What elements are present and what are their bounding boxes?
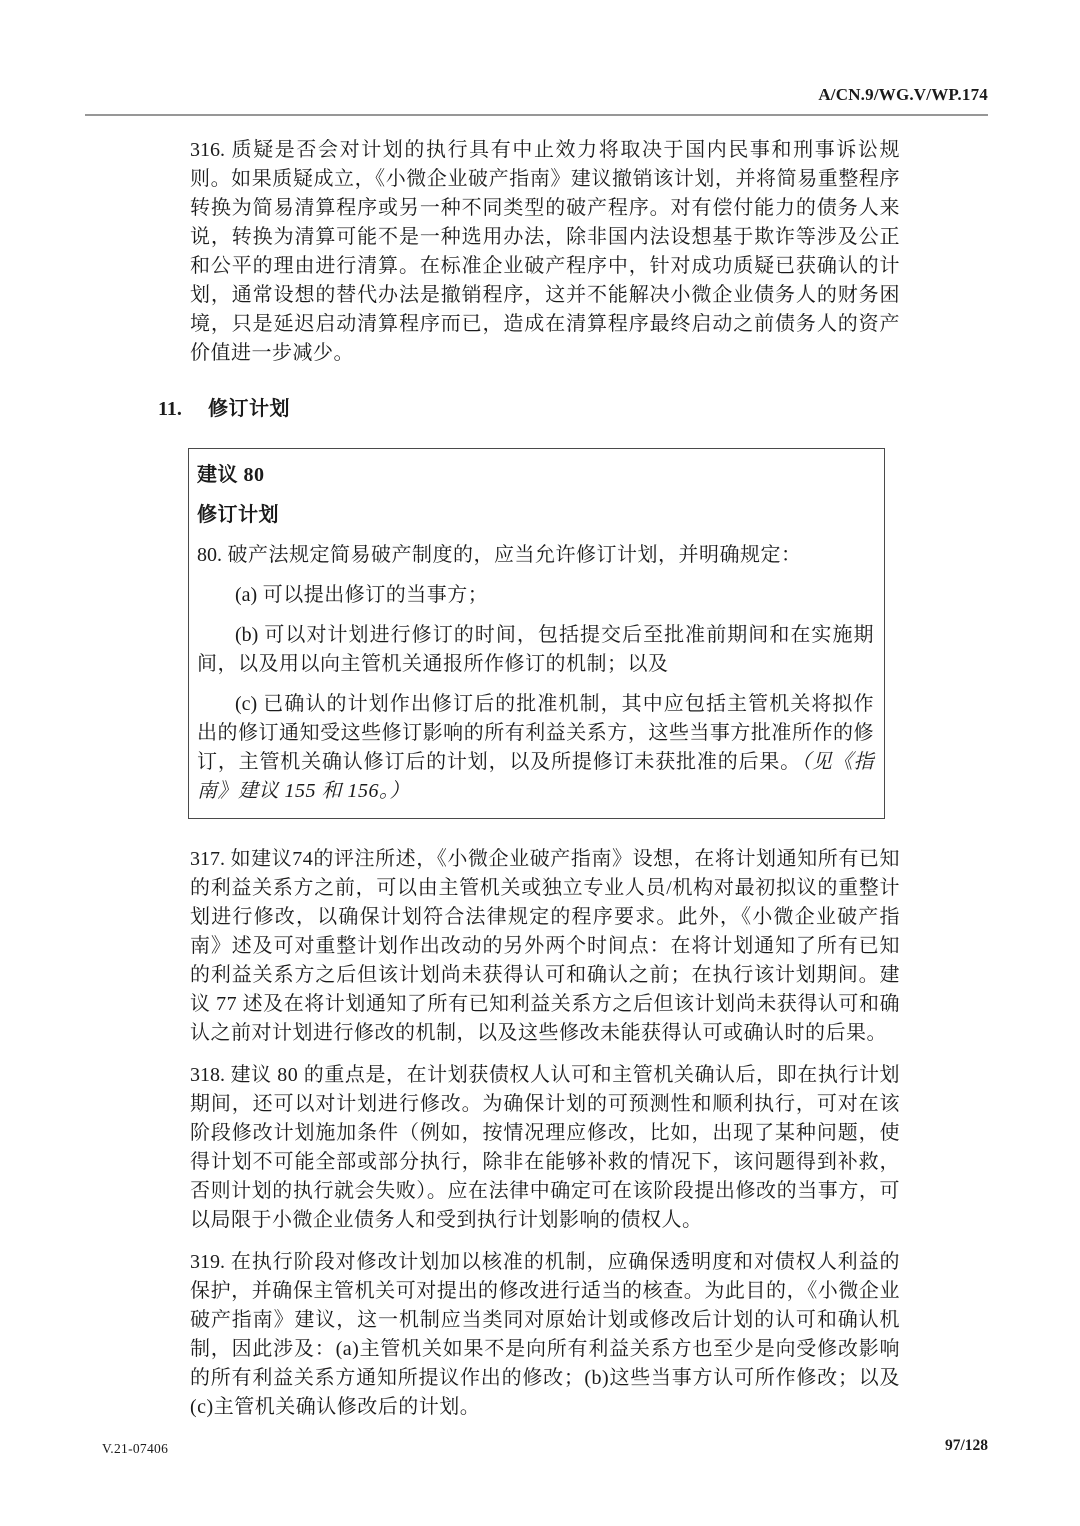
recommendation-subtitle: 修订计划 (197, 501, 874, 530)
recommendation-item-a: (a) 可以提出修订的当事方； (197, 581, 874, 610)
recommendation-item-c: (c) 已确认的计划作出修订后的批准机制，其中应包括主管机关将拟作出的修订通知受… (197, 690, 874, 806)
paragraph-text: 在执行阶段对修改计划加以核准的机制，应确保透明度和对债权人利益的保护，并确保主管… (190, 1251, 900, 1418)
paragraph-number: 317. (190, 848, 225, 870)
item-text: 可以提出修订的当事方； (263, 584, 489, 606)
recommendation-title: 建议 80 (197, 461, 874, 490)
item-label: (a) (235, 584, 257, 606)
paragraph-number: 318. (190, 1064, 225, 1086)
paragraph-number: 319. (190, 1251, 225, 1273)
paragraph-number: 316. (190, 139, 225, 161)
recommendation-box: 建议 80 修订计划 80. 破产法规定简易破产制度的，应当允许修订计划，并明确… (188, 448, 885, 819)
paragraph-text: 如建议74的评注所述，《小微企业破产指南》设想，在将计划通知所有已知的利益关系方… (190, 848, 900, 1044)
item-label: (c) (235, 693, 257, 715)
section-title: 修订计划 (208, 395, 290, 424)
recommendation-item-b: (b) 可以对计划进行修订的时间，包括提交后至批准前期间和在实施期间，以及用以向… (197, 621, 874, 679)
paragraph-316: 316. 质疑是否会对计划的执行具有中止效力将取决于国内民事和刑事诉讼规则。如果… (190, 136, 900, 368)
paragraph-text: 建议 80 的重点是，在计划获债权人认可和主管机关确认后，即在执行计划期间，还可… (190, 1064, 900, 1231)
paragraph-318: 318. 建议 80 的重点是，在计划获债权人认可和主管机关确认后，即在执行计划… (190, 1061, 900, 1235)
header-divider (85, 114, 988, 116)
job-number: V.21-07406 (102, 1441, 168, 1457)
paragraph-317: 317. 如建议74的评注所述，《小微企业破产指南》设想，在将计划通知所有已知的… (190, 845, 900, 1048)
paragraph-text: 质疑是否会对计划的执行具有中止效力将取决于国内民事和刑事诉讼规则。如果质疑成立，… (190, 139, 900, 364)
page-number: 97/128 (945, 1437, 988, 1455)
item-label: (b) (235, 624, 258, 646)
section-number: 11. (158, 395, 208, 424)
document-body: 316. 质疑是否会对计划的执行具有中止效力将取决于国内民事和刑事诉讼规则。如果… (190, 136, 900, 1435)
recommendation-intro-text: 破产法规定简易破产制度的，应当允许修订计划，并明确规定： (228, 544, 802, 566)
document-symbol: A/CN.9/WG.V/WP.174 (818, 85, 988, 105)
item-text: 已确认的计划作出修订后的批准机制，其中应包括主管机关将拟作出的修订通知受这些修订… (197, 693, 874, 773)
recommendation-intro-number: 80. (197, 544, 222, 566)
document-page: A/CN.9/WG.V/WP.174 316. 质疑是否会对计划的执行具有中止效… (0, 0, 1080, 1526)
item-text: 可以对计划进行修订的时间，包括提交后至批准前期间和在实施期间，以及用以向主管机关… (197, 624, 874, 675)
paragraph-319: 319. 在执行阶段对修改计划加以核准的机制，应确保透明度和对债权人利益的保护，… (190, 1248, 900, 1422)
recommendation-intro: 80. 破产法规定简易破产制度的，应当允许修订计划，并明确规定： (197, 541, 874, 570)
section-heading: 11. 修订计划 (158, 395, 900, 424)
